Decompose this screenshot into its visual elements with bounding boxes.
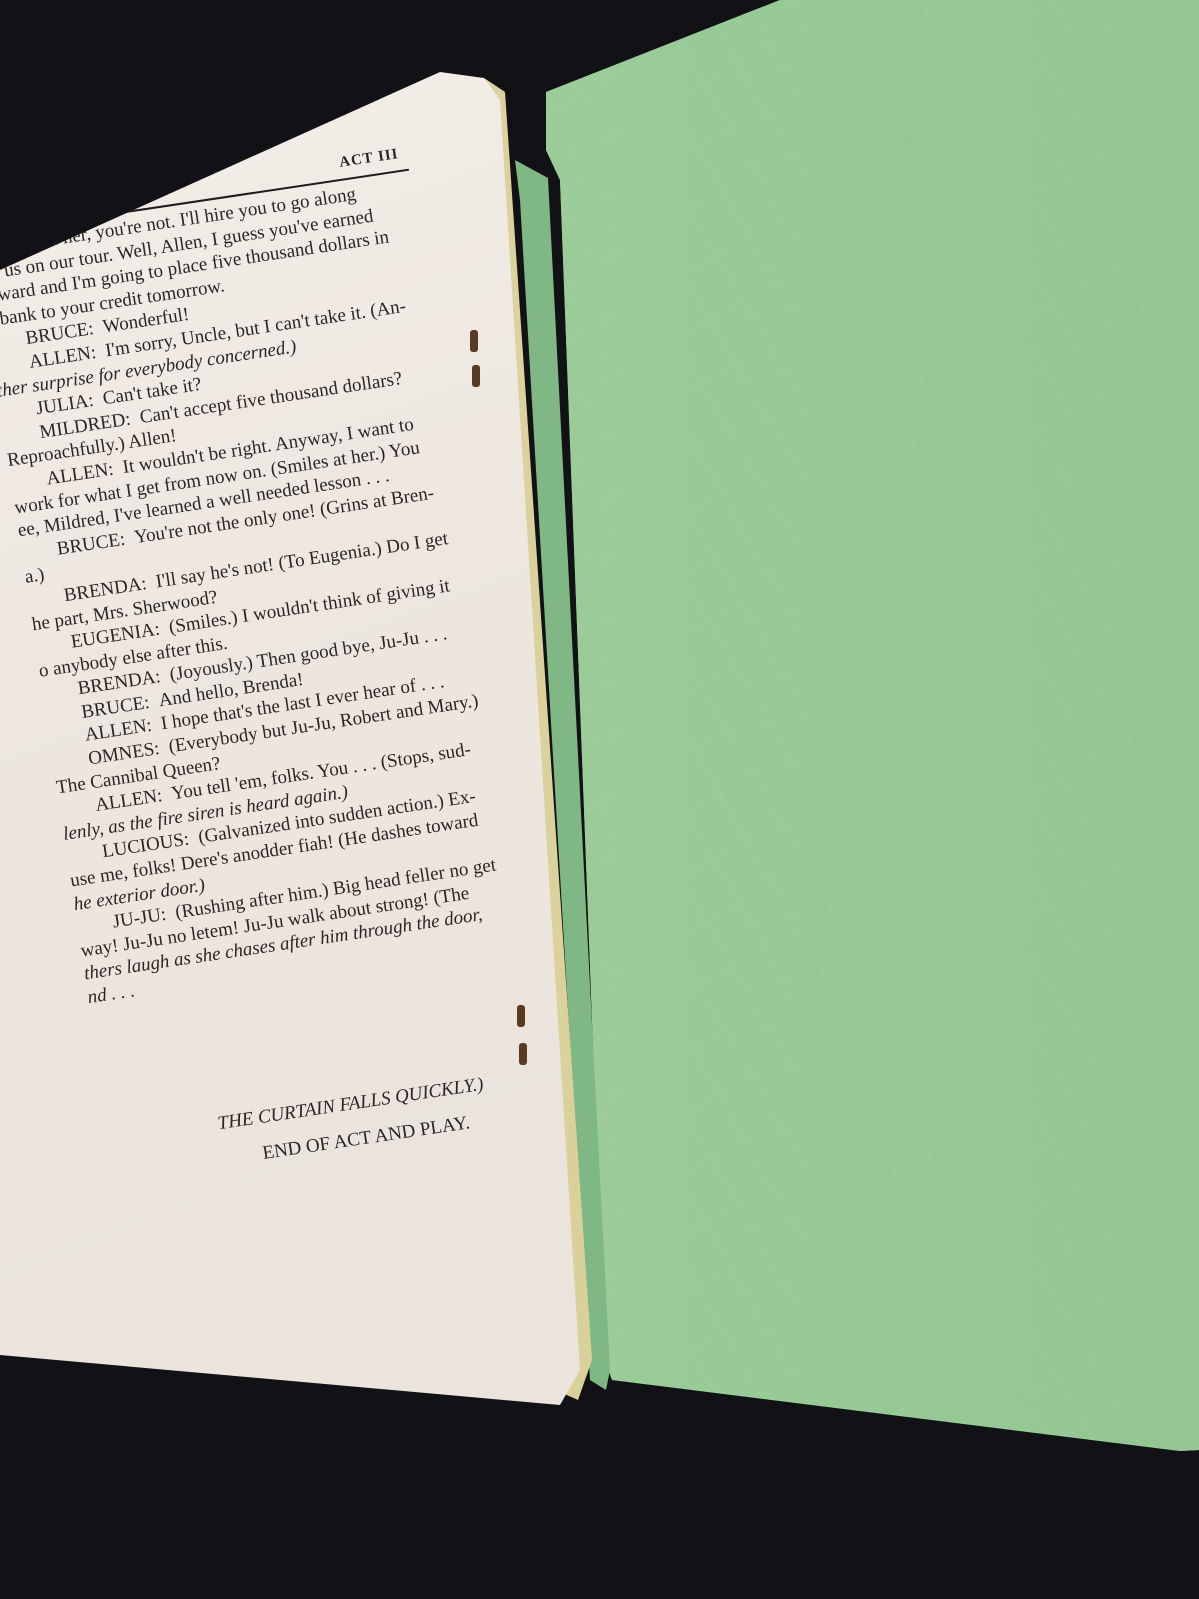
- act-label: ACT III: [338, 146, 400, 172]
- closing-block: THE CURTAIN FALLS QUICKLY.) END OF ACT A…: [216, 1074, 490, 1171]
- staple-bottom-upper: [517, 1005, 525, 1027]
- photo-scene: ACT III rough with her, you're not. I'll…: [0, 0, 1199, 1599]
- line-text: nd . . .: [86, 980, 136, 1008]
- line-text: a.): [23, 564, 45, 588]
- staple-top-upper: [470, 330, 478, 352]
- staple-top-lower: [472, 365, 480, 387]
- staple-bottom-lower: [519, 1043, 527, 1065]
- script-lines: rough with her, you're not. I'll hire yo…: [0, 175, 525, 1010]
- page-text-block: ACT III rough with her, you're not. I'll…: [0, 141, 435, 210]
